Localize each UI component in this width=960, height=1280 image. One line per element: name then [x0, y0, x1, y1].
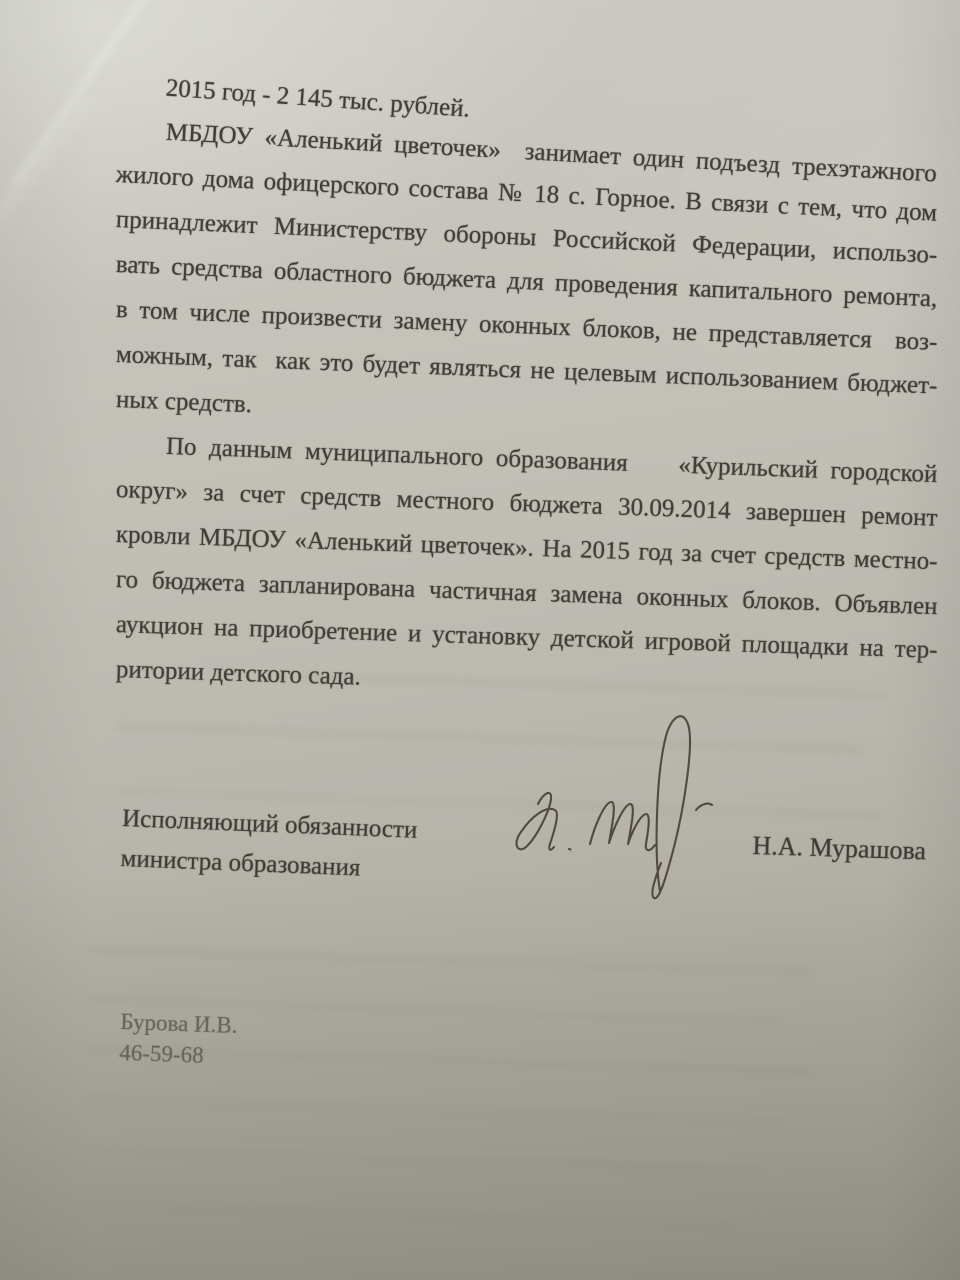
bleed-through-line — [85, 945, 815, 977]
signer-name: Н.А. Мурашова — [752, 831, 926, 866]
executor-name: Бурова И.В. — [120, 1006, 238, 1041]
executor-contact: Бурова И.В. 46-59-68 — [119, 1006, 238, 1072]
handwritten-signature — [478, 686, 740, 904]
executor-phone: 46-59-68 — [119, 1037, 237, 1072]
bleed-through-line — [85, 1095, 785, 1126]
document-photo: 2015 год - 2 145 тыс. рублей. МБДОУ «Але… — [0, 0, 960, 1280]
paper-crease — [0, 94, 97, 221]
bleed-through-line — [85, 1145, 765, 1175]
signer-position: Исполняющий обязанности министра образов… — [120, 799, 418, 891]
bleed-through-line — [85, 1200, 735, 1229]
letter-body: 2015 год - 2 145 тыс. рублей. МБДОУ «Але… — [116, 62, 938, 692]
